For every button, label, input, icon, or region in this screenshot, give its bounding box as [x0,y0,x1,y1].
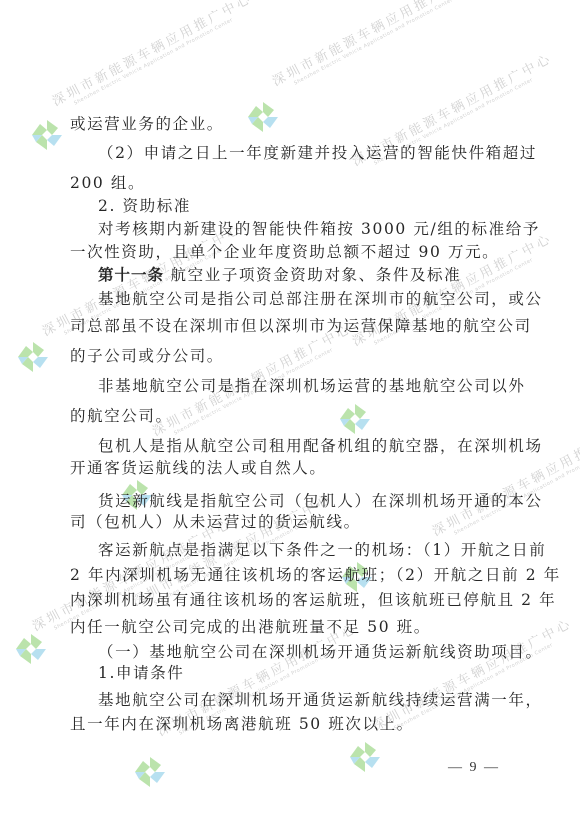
text-line: 一次性资助，且单个企业年度资助总额不超过 90 万元。 [70,242,499,262]
watermark-text: 深圳市新能源车辆应用推广中心Shenzhen Electric Vehicle … [48,0,258,115]
document-page: 深圳市新能源车辆应用推广中心Shenzhen Electric Vehicle … [0,0,580,820]
watermark-logo-icon [30,118,64,152]
text-line: 司（包机人）从未运营过的货运航线。 [70,512,361,532]
text-line: （2）申请之日上一年度新建并投入运营的智能快件箱超过 [98,143,537,163]
text-line: 客运新航点是指满足以下条件之一的机场：（1）开航之日前 [98,540,546,560]
text-line: 包机人是指从航空公司租用配备机组的航空器，在深圳机场 [98,436,543,456]
article-title: 航空业子项资金资助对象、条件及标准 [164,266,461,284]
text-line: 司总部虽不设在深圳市但以深圳市为运营保障基地的航空公司 [70,316,532,336]
watermark-logo-icon [246,100,280,134]
text-line: 或运营业务的企业。 [70,114,224,134]
text-line: 对考核期内新建设的智能快件箱按 3000 元/组的标准给予 [98,219,540,239]
text-line: 200 组。 [70,173,145,193]
watermark-logo-icon [338,402,372,436]
text-line: 非基地航空公司是指在深圳机场运营的基地航空公司以外 [98,376,526,396]
text-line: 货运新航线是指航空公司（包机人）在深圳机场开通的本公 [98,491,543,511]
text-line: 的子公司或分公司。 [70,346,224,366]
text-line: 内任一航空公司完成的出港航班量不足 50 班。 [70,617,431,637]
text-line: 基地航空公司在深圳机场开通货运新航线持续运营满一年， [98,690,543,710]
section-subheading: 1.申请条件 [98,663,184,683]
text-line: 内深圳机场虽有通往该机场的客运航班，但该航班已停航且 2 年 [70,590,556,610]
section-subheading: （一）基地航空公司在深圳机场开通货运新航线资助项目。 [98,642,543,662]
text-line: 且一年内在深圳机场离港航班 50 班次以上。 [70,714,414,734]
watermark-logo-icon [16,340,50,374]
article-number: 第十一条 [98,266,164,284]
text-line: 的航空公司。 [70,406,173,426]
article-heading: 第十一条 航空业子项资金资助对象、条件及标准 [98,265,461,285]
section-subheading: 2. 资助标准 [98,196,191,216]
watermark-logo-icon [348,740,382,774]
page-number: — 9 — [448,760,500,776]
watermark-text: 深圳市新能源车辆应用推广中心Shenzhen Electric Vehicle … [268,0,478,95]
text-line: 2 年内深圳机场无通往该机场的客运航班；（2）开航之日前 2 年 [70,565,561,585]
text-line: 基地航空公司是指公司总部注册在深圳市的航空公司，或公 [98,289,543,309]
watermark-logo-icon [133,755,167,789]
text-line: 开通客货运航线的法人或自然人。 [70,458,327,478]
